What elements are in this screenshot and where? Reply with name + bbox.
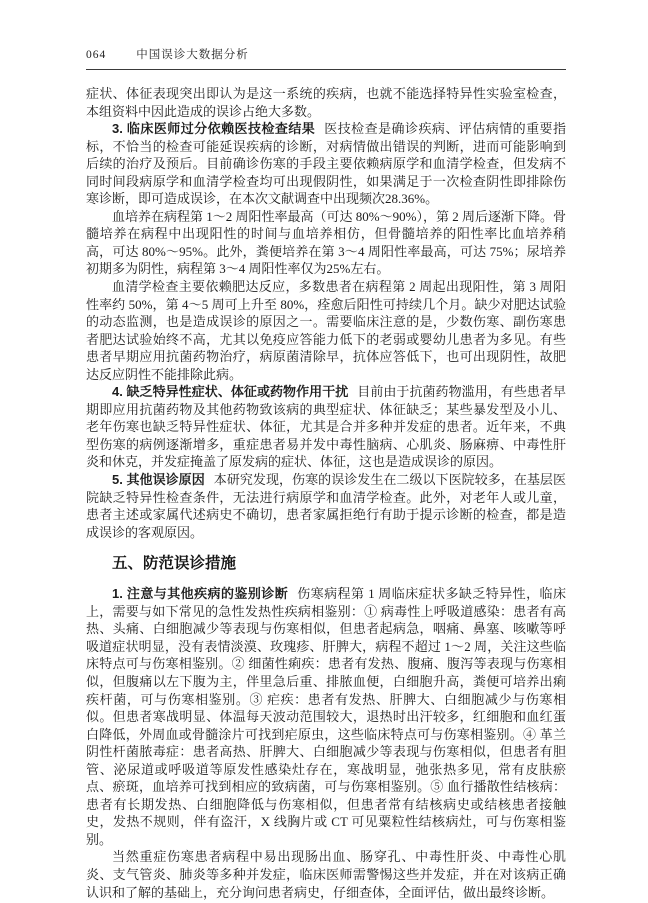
item4-title: 4. 缺乏特异性症状、体征或药物作用干扰 [112,384,348,399]
paragraph-item5: 5. 其他误诊原因本研究发现，伤寒的误诊发生在二级以下医院较多，在基层医院缺乏特… [86,471,566,541]
page-number: 064 [86,49,106,61]
paragraph-item4: 4. 缺乏特异性症状、体征或药物作用干扰目前由于抗菌药物滥用，有些患者早期即应用… [86,383,566,471]
running-head-book-title: 中国误诊大数据分析 [136,46,249,62]
paragraph-blood-culture: 血培养在病程第 1～2 周阳性率最高（可达 80%～90%），第 2 周后逐渐下… [86,208,566,278]
paragraph-differential-diagnosis: 1. 注意与其他疾病的鉴别诊断伤寒病程第 1 周临床症状多缺乏特异性，临床上，需… [86,585,566,848]
paragraph-serology: 血清学检查主要依赖肥达反应，多数患者在病程第 2 周起出现阳性，第 3 周阳性率… [86,278,566,383]
paragraph-conclusion: 当然重症伤寒患者病程中易出现肠出血、肠穿孔、中毒性肝炎、中毒性心肌炎、支气管炎、… [86,848,566,901]
book-page: 064 中国误诊大数据分析 症状、体征表现突出即认为是这一系统的疾病，也就不能选… [0,0,648,903]
differential-title: 1. 注意与其他疾病的鉴别诊断 [112,586,288,601]
differential-text: 伤寒病程第 1 周临床症状多缺乏特异性，临床上，需要与如下常见的急性发热性疾病相… [86,586,566,847]
page-header: 064 中国误诊大数据分析 [86,46,566,70]
paragraph-item3: 3. 临床医师过分依赖医技检查结果医技检查是确诊疾病、评估病情的重要指标，不恰当… [86,120,566,208]
item3-title: 3. 临床医师过分依赖医技检查结果 [112,121,315,136]
paragraph-continuation: 症状、体征表现突出即认为是这一系统的疾病，也就不能选择特异性实验室检查，本组资料… [86,85,566,120]
item5-title: 5. 其他误诊原因 [112,472,205,487]
section5-heading: 五、防范误诊措施 [112,554,566,574]
page-body: 症状、体征表现突出即认为是这一系统的疾病，也就不能选择特异性实验室检查，本组资料… [86,85,566,901]
